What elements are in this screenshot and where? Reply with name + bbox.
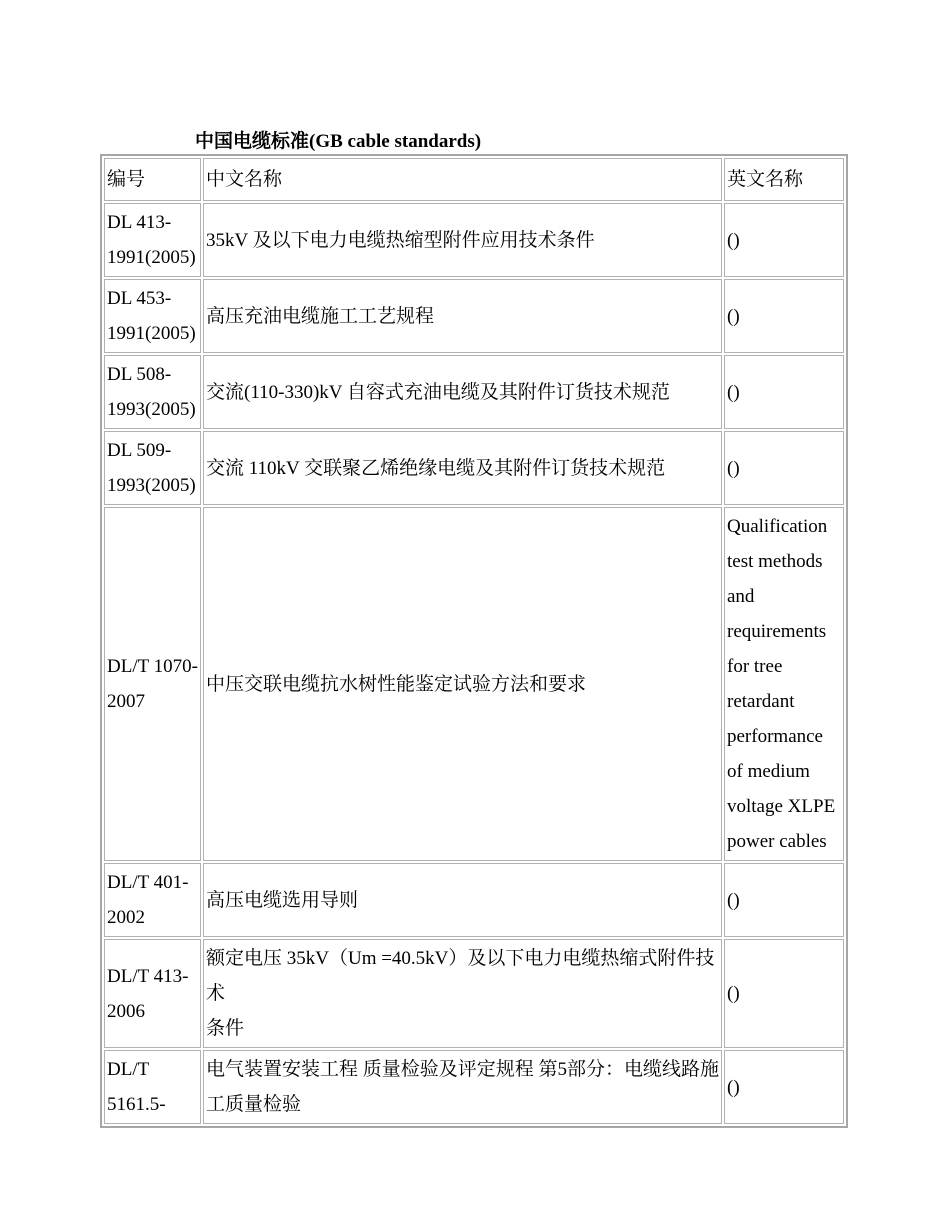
en-name-cell: () [724, 863, 844, 937]
header-cn-name: 中文名称 [203, 158, 722, 201]
standard-id-cell: DL/T 5161.5- [104, 1050, 201, 1124]
table-row: DL/T 5161.5- 电气装置安装工程 质量检验及评定规程 第5部分：电缆线… [104, 1050, 844, 1124]
header-id: 编号 [104, 158, 201, 201]
standard-id-cell: DL 508- 1993(2005) [104, 355, 201, 429]
cn-name-cell: 高压充油电缆施工工艺规程 [203, 279, 722, 353]
cn-name-cell: 35kV 及以下电力电缆热缩型附件应用技术条件 [203, 203, 722, 277]
en-name-cell: () [724, 431, 844, 505]
cn-name-cell: 高压电缆选用导则 [203, 863, 722, 937]
header-en-name: 英文名称 [724, 158, 844, 201]
en-name-cell: () [724, 279, 844, 353]
document-page: 中国电缆标准(GB cable standards) 编号 中文名称 英文名称 … [0, 0, 950, 1128]
standard-id-cell: DL/T 413- 2006 [104, 939, 201, 1048]
standard-id-cell: DL 453- 1991(2005) [104, 279, 201, 353]
table-row: DL/T 401- 2002 高压电缆选用导则 () [104, 863, 844, 937]
standard-id-cell: DL 413- 1991(2005) [104, 203, 201, 277]
table-row: DL/T 1070- 2007 中压交联电缆抗水树性能鉴定试验方法和要求 Qua… [104, 507, 844, 861]
cn-name-cell: 电气装置安装工程 质量检验及评定规程 第5部分：电缆线路施 工质量检验 [203, 1050, 722, 1124]
en-name-cell: () [724, 355, 844, 429]
table-row: DL 508- 1993(2005) 交流(110-330)kV 自容式充油电缆… [104, 355, 844, 429]
en-name-cell: () [724, 203, 844, 277]
table-row: DL 413- 1991(2005) 35kV 及以下电力电缆热缩型附件应用技术… [104, 203, 844, 277]
cn-name-cell: 交流 110kV 交联聚乙烯绝缘电缆及其附件订货技术规范 [203, 431, 722, 505]
document-title: 中国电缆标准(GB cable standards) [195, 131, 950, 152]
table-row: DL 509- 1993(2005) 交流 110kV 交联聚乙烯绝缘电缆及其附… [104, 431, 844, 505]
standard-id-cell: DL/T 401- 2002 [104, 863, 201, 937]
en-name-cell: () [724, 939, 844, 1048]
table-row: DL 453- 1991(2005) 高压充油电缆施工工艺规程 () [104, 279, 844, 353]
cn-name-cell: 中压交联电缆抗水树性能鉴定试验方法和要求 [203, 507, 722, 861]
standards-table: 编号 中文名称 英文名称 DL 413- 1991(2005) 35kV 及以下… [100, 154, 848, 1128]
en-name-cell: Qualification test methods and requireme… [724, 507, 844, 861]
standard-id-cell: DL 509- 1993(2005) [104, 431, 201, 505]
cn-name-cell: 交流(110-330)kV 自容式充油电缆及其附件订货技术规范 [203, 355, 722, 429]
cn-name-cell: 额定电压 35kV（Um =40.5kV）及以下电力电缆热缩式附件技术 条件 [203, 939, 722, 1048]
table-row: DL/T 413- 2006 额定电压 35kV（Um =40.5kV）及以下电… [104, 939, 844, 1048]
standard-id-cell: DL/T 1070- 2007 [104, 507, 201, 861]
table-header-row: 编号 中文名称 英文名称 [104, 158, 844, 201]
en-name-cell: () [724, 1050, 844, 1124]
